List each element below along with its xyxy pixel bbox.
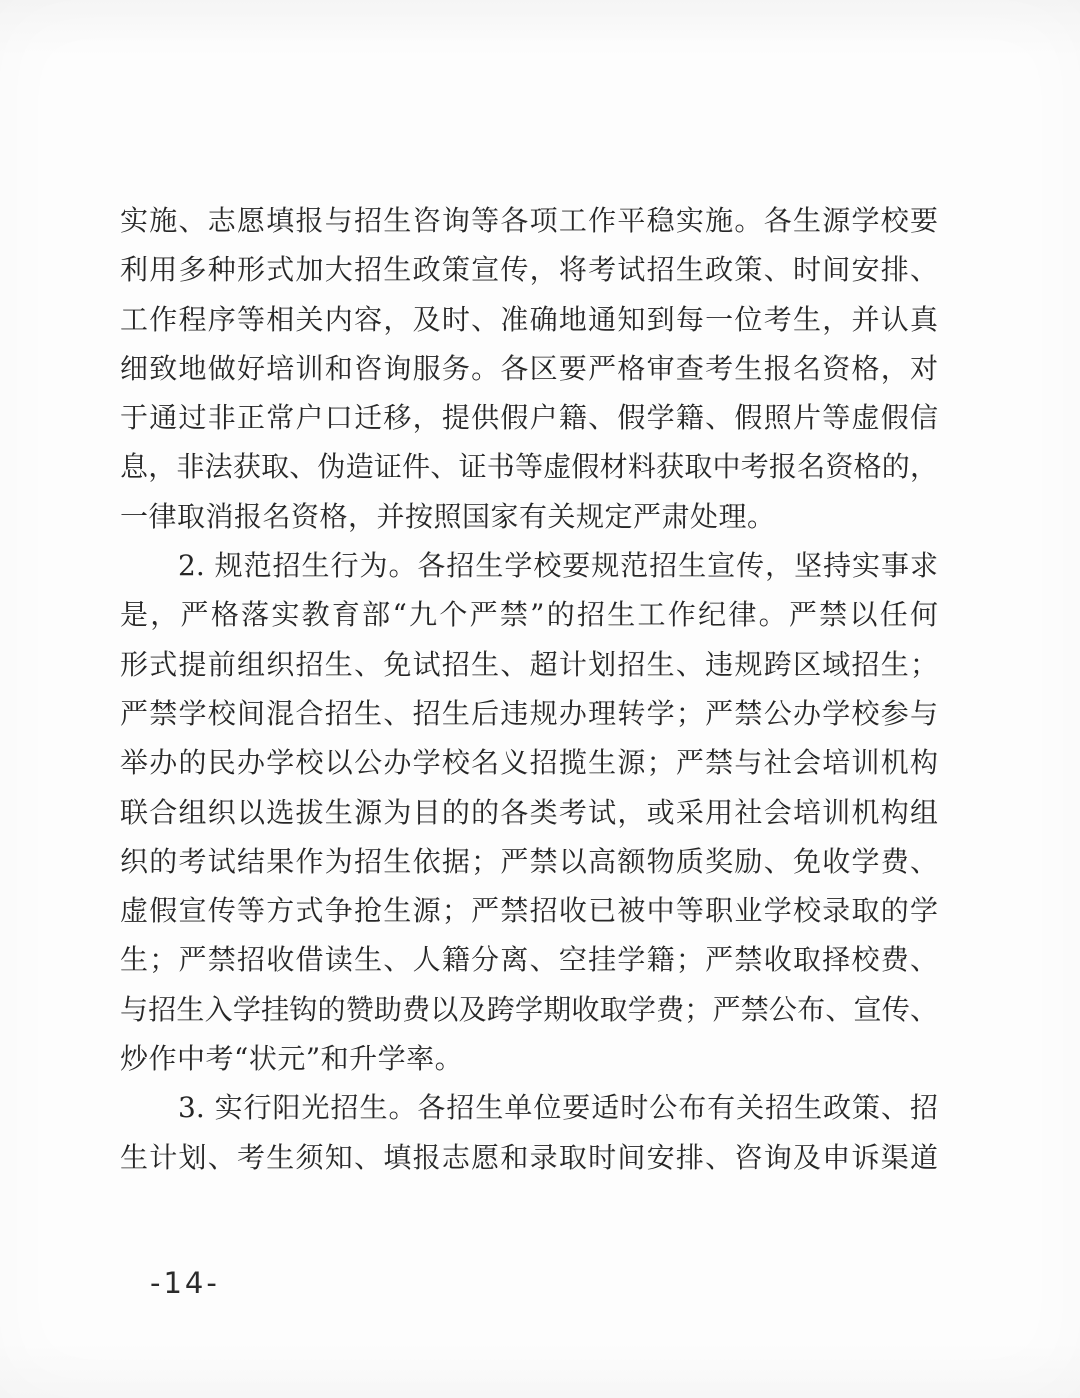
text-line: 息，非法获取、伪造证件、证书等虚假材料获取中考报名资格的，	[120, 442, 938, 491]
text-line: 炒作中考“状元”和升学率。	[120, 1034, 938, 1083]
text-line: 与招生入学挂钩的赞助费以及跨学期收取学费；严禁公布、宣传、	[120, 985, 938, 1034]
text-line-paragraph-2-start: 2. 规范招生行为。各招生学校要规范招生宣传，坚持实事求	[120, 541, 938, 590]
text-line: 织的考试结果作为招生依据；严禁以高额物质奖励、免收学费、	[120, 837, 938, 886]
text-line: 生；严禁招收借读生、人籍分离、空挂学籍；严禁收取择校费、	[120, 935, 938, 984]
text-line: 实施、志愿填报与招生咨询等各项工作平稳实施。各生源学校要	[120, 196, 938, 245]
text-line: 工作程序等相关内容，及时、准确地通知到每一位考生，并认真	[120, 295, 938, 344]
text-line: 形式提前组织招生、免试招生、超计划招生、违规跨区域招生；	[120, 640, 938, 689]
text-line: 虚假宣传等方式争抢生源；严禁招收已被中等职业学校录取的学	[120, 886, 938, 935]
text-line: 利用多种形式加大招生政策宣传，将考试招生政策、时间安排、	[120, 245, 938, 294]
text-line: 是，严格落实教育部“九个严禁”的招生工作纪律。严禁以任何	[120, 590, 938, 639]
text-line: 一律取消报名资格，并按照国家有关规定严肃处理。	[120, 492, 938, 541]
document-page: 实施、志愿填报与招生咨询等各项工作平稳实施。各生源学校要 利用多种形式加大招生政…	[0, 0, 1080, 1398]
text-block: 实施、志愿填报与招生咨询等各项工作平稳实施。各生源学校要 利用多种形式加大招生政…	[120, 196, 938, 1182]
text-line: 联合组织以选拔生源为目的的各类考试，或采用社会培训机构组	[120, 788, 938, 837]
text-line: 严禁学校间混合招生、招生后违规办理转学；严禁公办学校参与	[120, 689, 938, 738]
page-number: -14-	[150, 1266, 220, 1300]
text-line: 生计划、考生须知、填报志愿和录取时间安排、咨询及申诉渠道	[120, 1133, 938, 1182]
text-line: 细致地做好培训和咨询服务。各区要严格审查考生报名资格，对	[120, 344, 938, 393]
text-line: 举办的民办学校以公办学校名义招揽生源；严禁与社会培训机构	[120, 738, 938, 787]
text-line-paragraph-3-start: 3. 实行阳光招生。各招生单位要适时公布有关招生政策、招	[120, 1083, 938, 1132]
text-line: 于通过非正常户口迁移，提供假户籍、假学籍、假照片等虚假信	[120, 393, 938, 442]
